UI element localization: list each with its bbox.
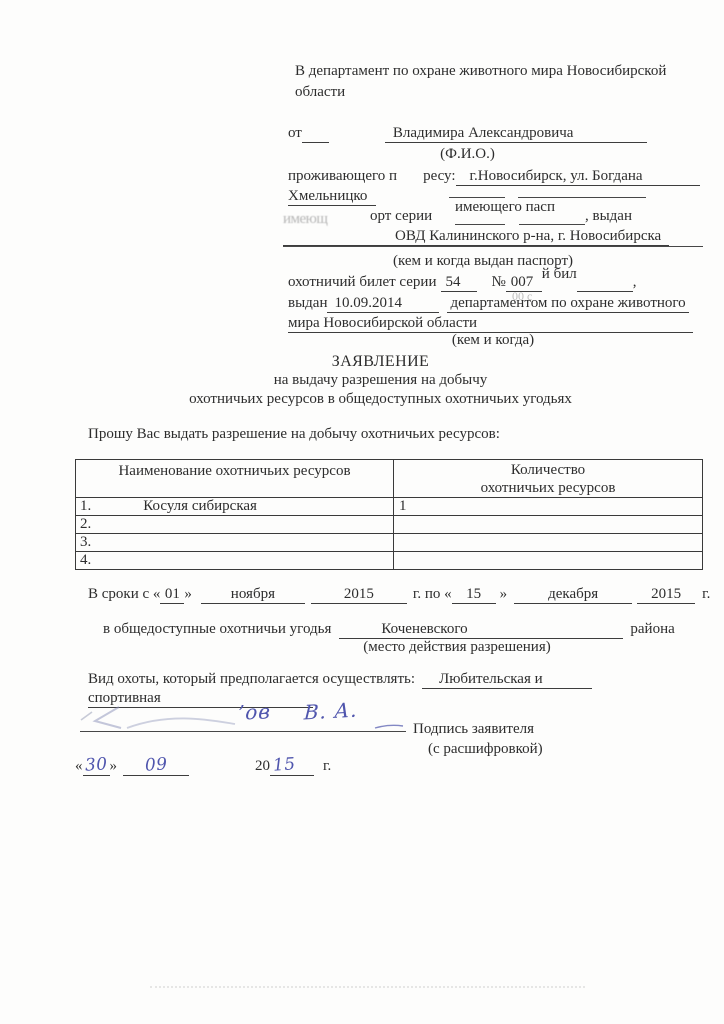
quote-open: « [75, 758, 83, 774]
grounds-line: в общедоступные охотничьи угодьяКоченевс… [103, 619, 675, 639]
blank-underline [302, 124, 329, 143]
table-row: 2. [76, 516, 703, 534]
col-header-name: Наименование охотничьих ресурсов [76, 460, 394, 498]
signature-fragment: ’ов [237, 701, 271, 723]
blank-underline [419, 294, 439, 313]
pencil-dash [81, 712, 92, 720]
table-row: 1.Косуля сибирская 1 [76, 498, 703, 516]
row-number: 3. [80, 534, 91, 551]
period-mid: г. по « [413, 586, 452, 602]
sign-date-line: «30»092015г. [75, 756, 331, 776]
recipient-department: В департамент по охране животного мира Н… [295, 61, 695, 103]
from-label: от [288, 125, 302, 141]
passport-caption: (кем и когда выдан паспорт) [283, 251, 683, 271]
signature-angular-stroke [95, 707, 121, 728]
address-line-1: проживающего пресу:г.Новосибирск, ул. Бо… [288, 166, 700, 186]
license-overlay-fragment: й бил [542, 264, 577, 284]
col-header-qty-line2: охотничьих ресурсов [394, 479, 702, 497]
grounds-label: в общедоступные охотничьи угодья [103, 621, 331, 637]
title-line-2: на выдачу разрешения на добычу [58, 371, 703, 390]
quote-close: » [184, 586, 192, 602]
hunt-type-value-1: Любительская и [422, 670, 592, 689]
license-comma: , [633, 274, 637, 290]
period-year-from: 2015 [311, 585, 407, 604]
handwritten-year: 15 [272, 756, 296, 775]
signature-caption-1: Подпись заявителя [413, 719, 534, 739]
period-line: В сроки с «01»ноября2015г. по «15»декабр… [88, 584, 710, 604]
grounds-caption: (место действия разрешения) [307, 637, 607, 657]
grounds-suffix: района [630, 621, 674, 637]
date-day: 30 [83, 757, 110, 776]
hunt-type-line: Вид охоты, который предполагается осущес… [88, 669, 592, 689]
fio-caption: (Ф.И.О.) [295, 144, 640, 164]
resource-name: Косуля сибирская [143, 498, 257, 515]
table-header-row: Наименование охотничьих ресурсов Количес… [76, 460, 703, 498]
residing-suffix: ресу: [423, 168, 455, 184]
license-label: охотничий билет серии [288, 274, 436, 290]
row-number: 2. [80, 516, 91, 533]
date-month: 09 [123, 757, 189, 776]
table-row: 3. [76, 534, 703, 552]
cell-qty: 1 [394, 498, 703, 516]
period-day-from: 01 [160, 585, 184, 604]
blank-underline [577, 273, 633, 292]
title-line-3: охотничьих ресурсов в общедоступных охот… [58, 390, 703, 409]
row-number: 4. [80, 552, 91, 569]
blank-underline [455, 224, 505, 225]
cell-name: 2. [76, 516, 394, 534]
signature-initials: В. А. [304, 700, 359, 723]
license-number-sign: № [491, 274, 505, 290]
passport-issuer-line: ОВД Калининского р-на, г. Новосибирска [283, 226, 669, 246]
period-label: В сроки с « [88, 586, 160, 602]
handwritten-day: 30 [84, 756, 108, 775]
date-century: 20 [255, 758, 270, 774]
signature-underline [80, 731, 406, 732]
cell-qty [394, 552, 703, 570]
period-suffix: г. [702, 586, 710, 602]
passport-line: имеющ орт серии имеющего пасп , выдан [283, 206, 708, 228]
col-header-qty: Количество охотничьих ресурсов [394, 460, 703, 498]
blank-underline [519, 224, 585, 225]
title-line-1: ЗАЯВЛЕНИЕ [58, 352, 703, 371]
cell-name: 4. [76, 552, 394, 570]
signature-caption-2: (с расшифровкой) [428, 739, 543, 759]
handwritten-month: 09 [144, 756, 168, 775]
license-issued-line: выдан10.09.2014департаментом по охране ж… [288, 293, 689, 313]
blank-underline-full [283, 246, 703, 247]
resources-table: Наименование охотничьих ресурсов Количес… [75, 459, 703, 570]
license-caption: (кем и когда) [283, 330, 703, 350]
signature-long-stroke [127, 718, 235, 728]
passport-issuer: ОВД Калининского р-на, г. Новосибирска [393, 227, 669, 246]
quote-close: » [500, 586, 508, 602]
cell-qty [394, 516, 703, 534]
signature-flourish [375, 725, 403, 728]
scanned-hunting-permit-application: В департамент по охране животного мира Н… [0, 0, 724, 1024]
period-day-to: 15 [452, 585, 496, 604]
license-issued-date: 10.09.2014 [327, 294, 419, 313]
passport-overlay-fragment: имеющего пасп [455, 197, 555, 217]
blank-underline [283, 227, 393, 246]
address-value-1: г.Новосибирск, ул. Богдана [456, 167, 700, 186]
row-number: 1. [80, 498, 91, 515]
document-title: ЗАЯВЛЕНИЕ на выдачу разрешения на добычу… [58, 352, 703, 409]
period-month-to: декабря [514, 585, 632, 604]
hunt-type-label: Вид охоты, который предполагается осущес… [88, 671, 415, 687]
cell-name: 1.Косуля сибирская [76, 498, 394, 516]
hunting-license-line: охотничий билет серии54№007й бил, 00 с [288, 272, 636, 292]
date-year: 15 [270, 757, 314, 776]
quote-close: » [110, 758, 118, 774]
address-value-2: Хмельницко [288, 187, 376, 206]
address-line-2: Хмельницко [288, 186, 376, 206]
period-month-from: ноября [201, 585, 305, 604]
cell-qty [394, 534, 703, 552]
date-suffix: г. [323, 758, 331, 774]
applicant-from-line: отВладимира Александровича [288, 123, 647, 143]
period-year-to: 2015 [637, 585, 695, 604]
license-issuer-line1: департаментом по охране животного [447, 294, 688, 313]
scan-noise [150, 986, 585, 988]
resources-table-wrap: Наименование охотничьих ресурсов Количес… [75, 459, 703, 570]
passport-issued-label: , выдан [585, 206, 632, 226]
table-row: 4. [76, 552, 703, 570]
residing-prefix: проживающего п [288, 168, 397, 184]
passport-series-label: орт серии [370, 206, 432, 226]
applicant-name: Владимира Александровича [385, 124, 647, 143]
col-header-qty-line1: Количество [394, 461, 702, 479]
request-sentence: Прошу Вас выдать разрешение на добычу ох… [88, 424, 500, 444]
license-series: 54 [441, 273, 477, 292]
cell-name: 3. [76, 534, 394, 552]
license-issued-label: выдан [288, 295, 327, 311]
